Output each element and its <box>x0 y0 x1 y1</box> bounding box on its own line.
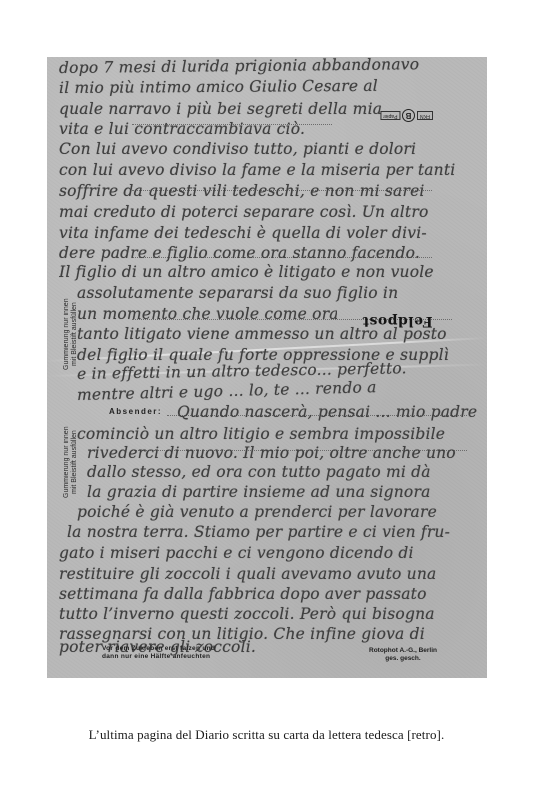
handwriting-line: la nostra terra. Stiamo per partire e ci… <box>67 523 482 541</box>
handwriting-line: assolutamente separarsi da suo figlio in <box>77 284 477 302</box>
handwriting-line: restituire gli zoccoli i quali avevamo a… <box>59 565 479 583</box>
figure-caption: L’ultima pagina del Diario scritta su ca… <box>0 727 533 743</box>
handwriting-line: cominciò un altro litigio e sembra impos… <box>77 425 482 443</box>
handwriting-line: soffrire da questi vili tedeschi, e non … <box>59 182 479 200</box>
handwriting-line: gato i miseri pacchi e ci vengono dicend… <box>59 544 479 562</box>
handwriting-line: tanto litigato viene ammesso un altro al… <box>77 325 477 343</box>
book-page: Papier B FKN Feldpost Gummierung nur inn… <box>0 0 533 800</box>
handwriting-line: vita infame dei tedeschi è quella di vol… <box>59 224 479 242</box>
handwriting-line: rivederci di nuovo. Il mio poi, oltre an… <box>87 444 482 462</box>
handwriting-line: tutto l’inverno questi zoccoli. Però qui… <box>59 605 479 623</box>
handwriting-line: mai creduto di poterci separare così. Un… <box>59 203 479 221</box>
handwriting-line: un momento che vuole come ora. Dopo aver <box>77 305 337 323</box>
handwriting-line: la grazia di partire insieme ad una sign… <box>87 483 482 501</box>
sender-label: Absender: <box>109 407 162 416</box>
handwriting-line: dallo stesso, ed ora con tutto pagato mi… <box>87 463 482 481</box>
printer-imprint: Rotophot A.-G., Berlin ges. gesch. <box>369 647 437 663</box>
letter-photo: Papier B FKN Feldpost Gummierung nur inn… <box>47 57 487 678</box>
folding-instructions: Vor dem Zukleben erst falzen und dann nu… <box>102 645 215 661</box>
handwriting-line: il mio più intimo amico Giulio Cesare al <box>59 76 479 97</box>
handwriting-line: con lui avevo diviso la fame e la miseri… <box>59 161 479 179</box>
handwriting-line: settimana fa dalla fabbrica dopo aver pa… <box>59 585 479 603</box>
handwriting-line: poiché è già venuto a prenderci per lavo… <box>77 503 482 521</box>
handwriting-line: dopo 7 mesi di lurida prigionia abbandon… <box>59 57 479 77</box>
handwriting-line: Il figlio di un altro amico è litigato e… <box>59 263 479 281</box>
handwriting-line: vita e lui contraccambiava ciò. <box>59 120 339 138</box>
handwriting-line: dere padre e figlio come ora stanno face… <box>59 244 479 262</box>
handwriting-line: Quando nascerà, pensai ... mio padre <box>177 403 482 421</box>
handwriting-line: Con lui avevo condiviso tutto, pianti e … <box>59 140 479 158</box>
handwriting-line: quale narravo i più bei segreti della mi… <box>59 100 479 118</box>
